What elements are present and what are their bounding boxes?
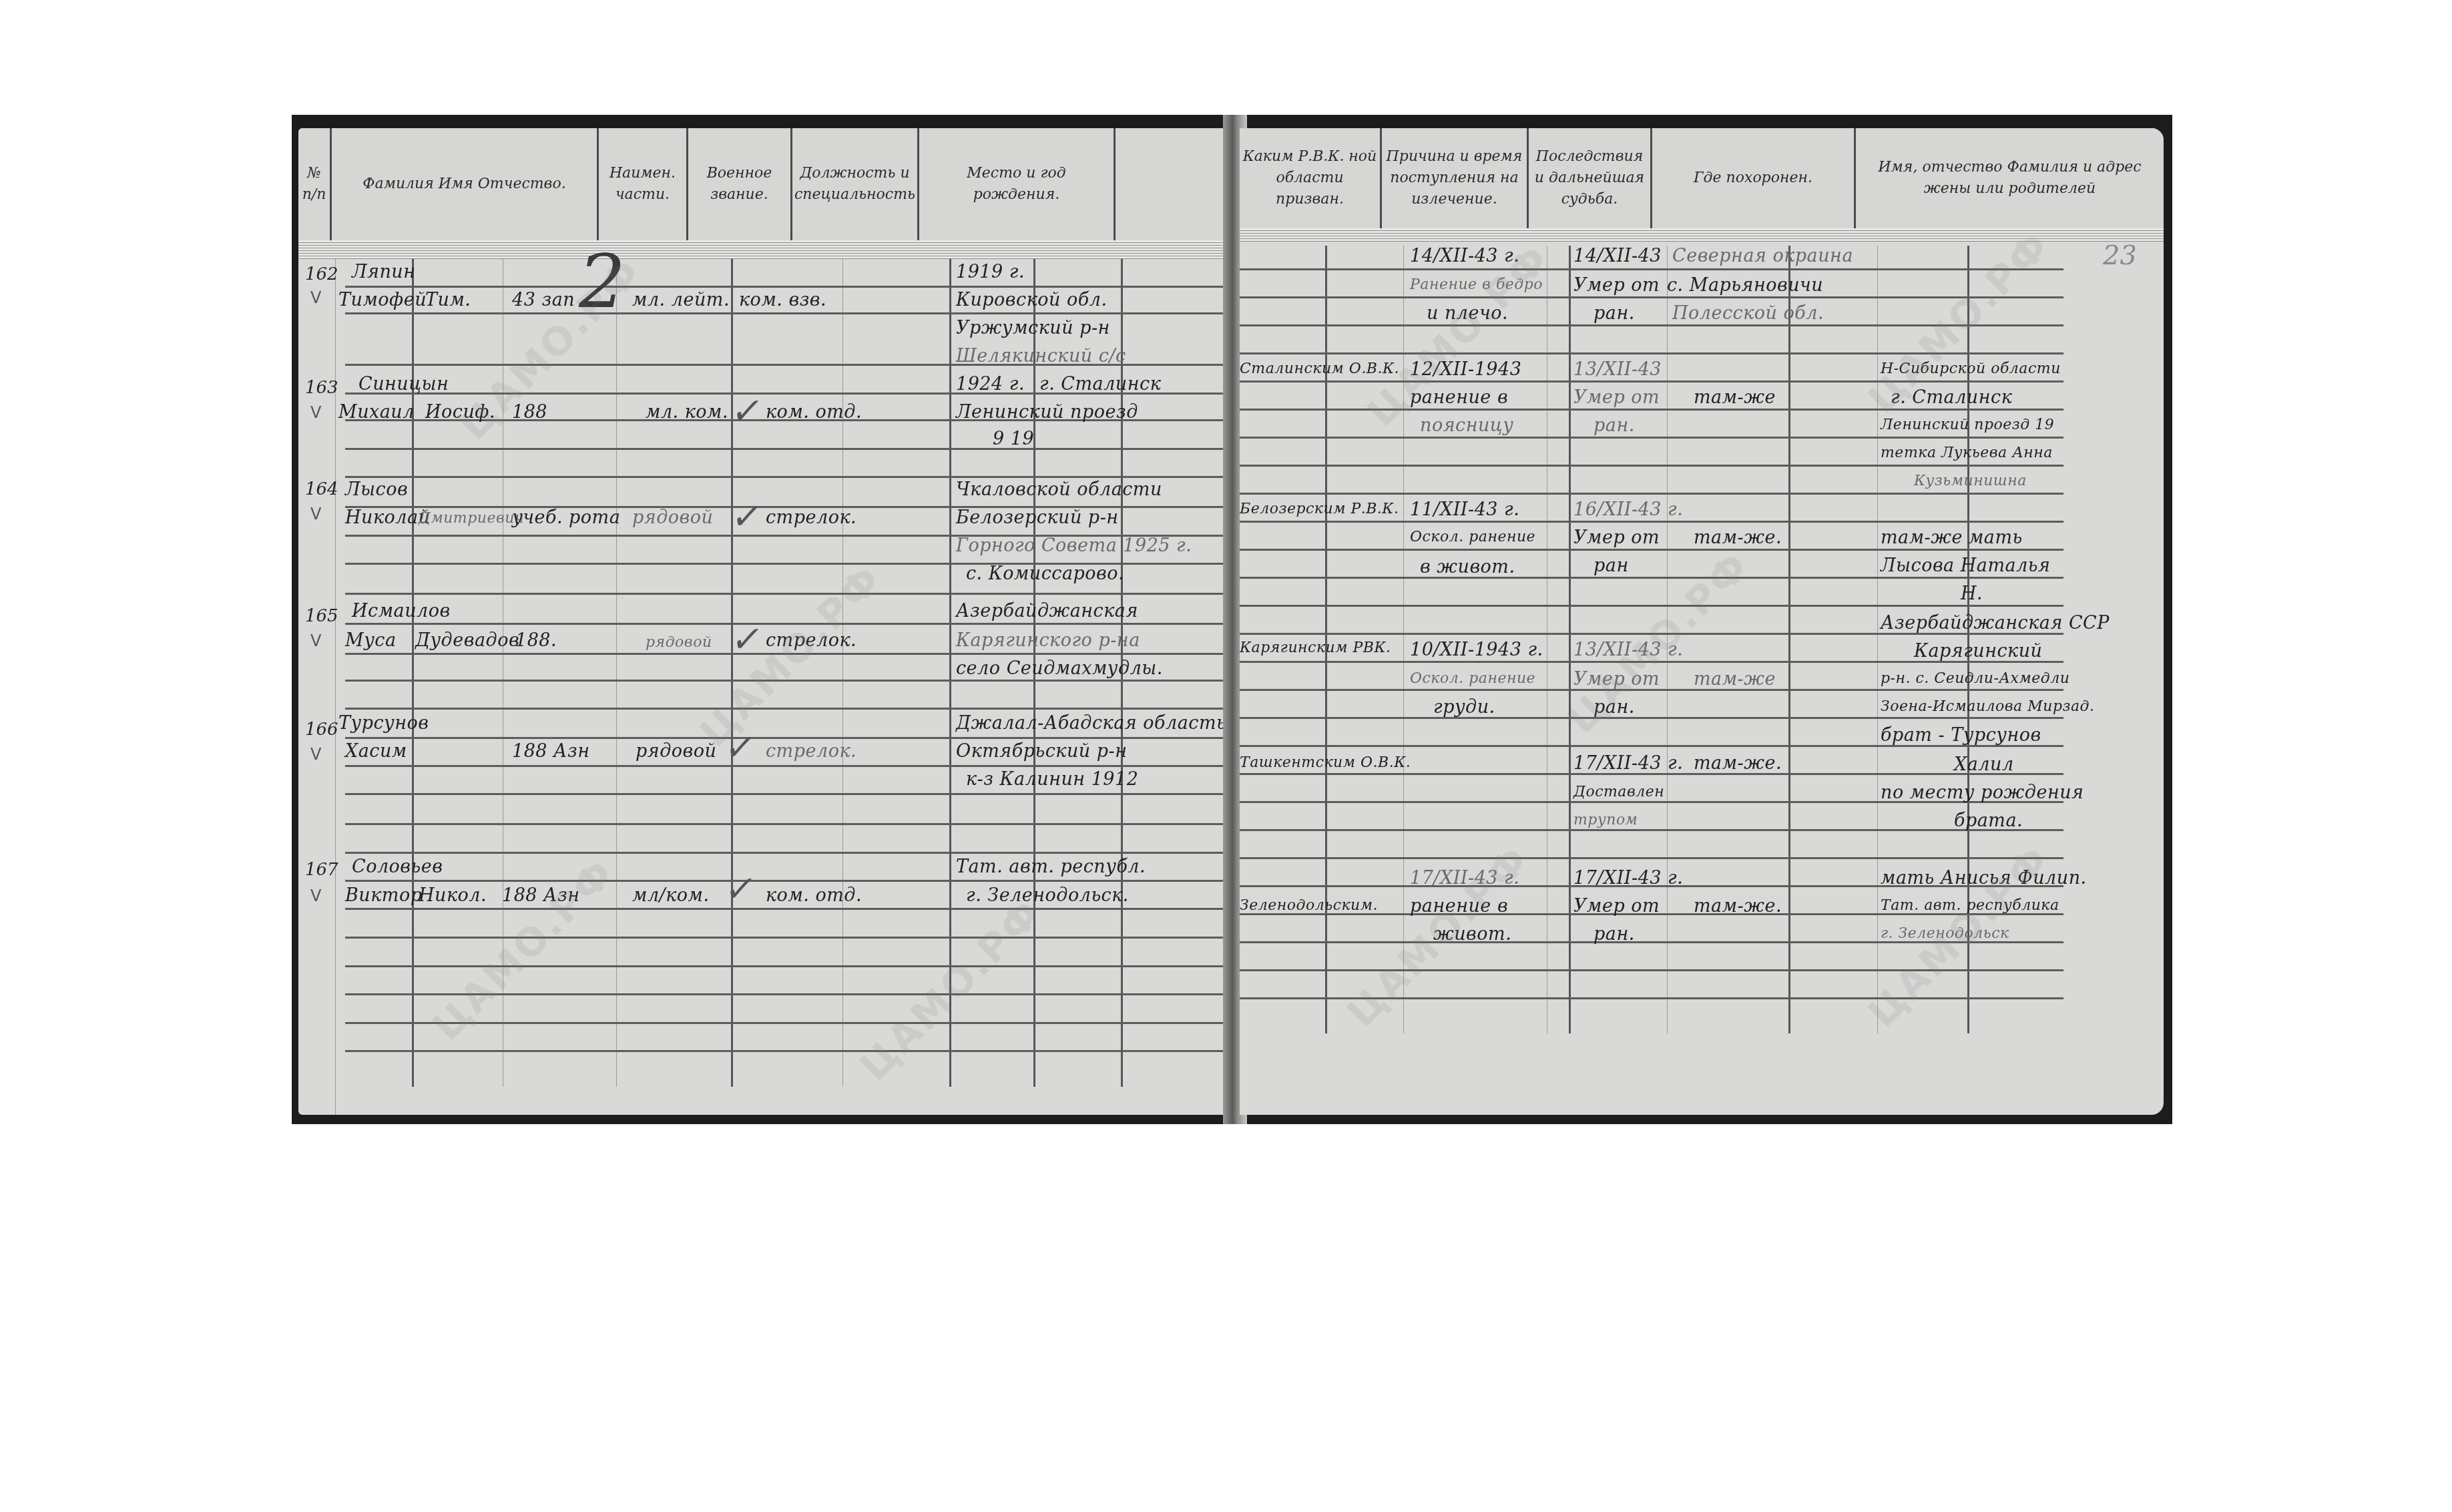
rule: [345, 448, 1230, 450]
outcome-line: Умер от: [1573, 527, 1660, 548]
relative-line: брата.: [1954, 810, 2023, 831]
checkmark-icon: V: [310, 505, 321, 523]
header-outcome: Последствия и дальнейшая судьба.: [1529, 128, 1652, 228]
rule: [345, 852, 1230, 854]
header-blank: [1116, 128, 1230, 240]
admission-line: в живот.: [1420, 557, 1515, 577]
checkmark-icon: ✓: [728, 390, 766, 432]
checkmark-icon: V: [310, 288, 321, 307]
patronymic: Иосиф.: [425, 402, 495, 423]
rule: [345, 286, 1230, 288]
surname: Лысов: [345, 479, 408, 500]
outcome-line: ран.: [1593, 415, 1635, 436]
rule: [345, 793, 1230, 795]
admission-line: 17/XII-43 г.: [1410, 868, 1519, 889]
patronymic: Тим.: [425, 290, 471, 310]
birth-line: г. Сталинск: [1039, 374, 1161, 395]
relative-line: Халил: [1954, 754, 2014, 775]
rule: [616, 259, 617, 1087]
scanned-ledger-spread: № п/п Фамилия Имя Отчество. Наимен. част…: [292, 115, 2172, 1124]
birth-line: Чкаловской области: [956, 479, 1162, 500]
burial-line: там-же.: [1694, 527, 1782, 548]
relative-line: г. Зеленодольск: [1881, 925, 2009, 942]
relative-line: Н.: [1961, 583, 1983, 604]
birth-line: Кировской обл.: [956, 290, 1108, 310]
rule: [1240, 969, 2063, 971]
relative-line: Азербайджанская ССР: [1881, 613, 2110, 634]
surname: Ляпин: [352, 262, 415, 282]
rule: [345, 908, 1230, 910]
rule: [949, 259, 951, 1087]
admission-line: 10/XII-1943 г.: [1410, 640, 1543, 660]
birth-line: Уржумский р-н: [956, 318, 1110, 338]
birth-line: Шелякинский с/с: [956, 346, 1126, 366]
admission-line: ранение в: [1410, 387, 1508, 408]
outcome-line: ран.: [1593, 303, 1635, 324]
birth-line: г. Зеленодольск.: [966, 885, 1129, 906]
rule: [345, 1022, 1230, 1024]
conscripted-by: Сталинским О.В.К.: [1240, 360, 1399, 377]
birth-line: село Сеидмахмудлы.: [956, 658, 1163, 679]
rule: [1240, 605, 2063, 607]
rule: [1240, 549, 2063, 551]
birth-line: Белозерский р-н: [956, 507, 1119, 528]
burial-line: Северная окраина: [1672, 246, 1853, 266]
rule: [1240, 437, 2063, 439]
right-page: Каким Р.В.К. ной области призван. Причин…: [1240, 128, 2164, 1115]
position: стрелок.: [766, 507, 856, 528]
burial-line: с. Марьяновичи: [1667, 275, 1823, 296]
header-relatives: Имя, отчество Фамилия и адрес жены или р…: [1856, 128, 2164, 228]
conscripted-by: Белозерским Р.В.К.: [1240, 501, 1399, 517]
first-name: Николай: [345, 507, 431, 528]
relative-line: Лысова Наталья: [1881, 555, 2050, 576]
admission-line: 12/XII-1943: [1410, 359, 1521, 380]
burial-line: там-же: [1694, 669, 1776, 690]
header-burial: Где похоронен.: [1652, 128, 1856, 228]
rule: [1240, 857, 2063, 859]
header-number: № п/п: [298, 128, 332, 240]
relative-line: по месту рождения: [1881, 782, 2083, 803]
rule: [1240, 296, 2063, 298]
outcome-line: трупом: [1573, 812, 1638, 828]
rule: [1240, 493, 2063, 495]
patronymic: Дудевадов: [415, 630, 519, 651]
rule: [1240, 324, 2063, 326]
rule: [345, 880, 1230, 882]
outcome-line: ран.: [1593, 924, 1635, 945]
outcome-line: 13/XII-43 г.: [1573, 640, 1683, 660]
burial-line: там-же.: [1694, 896, 1782, 917]
rule: [1240, 521, 2063, 523]
birth-line: Тат. авт. республ.: [956, 856, 1146, 877]
record-number: 165: [305, 606, 338, 626]
relative-line: Ленинский проезд 19: [1881, 417, 2054, 433]
rule: [731, 259, 733, 1087]
first-name: Михаил: [338, 402, 415, 423]
first-name: Виктор: [345, 885, 423, 906]
checkmark-icon: V: [310, 745, 321, 764]
unit: учеб. рота: [512, 507, 620, 528]
rule: [345, 1050, 1230, 1052]
relative-line: Зоена-Исмаилова Мирзад.: [1881, 698, 2095, 715]
checkmark-icon: ✓: [722, 726, 759, 768]
left-header-row: № п/п Фамилия Имя Отчество. Наимен. част…: [298, 128, 1230, 243]
rule: [345, 680, 1230, 682]
header-rank: Военное звание.: [688, 128, 792, 240]
rule: [842, 259, 843, 1087]
rule: [1569, 246, 1571, 1033]
outcome-line: Умер от: [1573, 275, 1660, 296]
rule: [1240, 465, 2063, 467]
position: ком. взв.: [739, 290, 826, 310]
outcome-line: 13/XII-43: [1573, 359, 1662, 380]
record-number: 167: [305, 860, 338, 880]
relative-line: Карягинский: [1914, 641, 2043, 662]
burial-line: там-же: [1694, 387, 1776, 408]
relative-line: г. Сталинск: [1891, 387, 2012, 408]
admission-line: груди.: [1433, 697, 1495, 718]
record-number: 162: [305, 264, 338, 284]
relative-line: мать Анисья Филип.: [1881, 868, 2087, 889]
first-name: Хасим: [345, 741, 407, 762]
rank: мл/ком.: [632, 885, 710, 906]
left-page: № п/п Фамилия Имя Отчество. Наимен. част…: [298, 128, 1230, 1115]
unit: 188 Азн: [502, 885, 580, 906]
header-position: Должность и специальность: [792, 128, 919, 240]
position: стрелок.: [766, 741, 856, 762]
relative-line: р-н. с. Сеидли-Ахмедли: [1881, 670, 2069, 687]
conscripted-by: Зеленодольским.: [1240, 897, 1378, 914]
birth-line: Азербайджанская: [956, 601, 1138, 621]
relative-line: Тат. авт. республика: [1881, 897, 2059, 914]
rank: рядовой: [636, 741, 716, 762]
right-header-row: Каким Р.В.К. ной области призван. Причин…: [1240, 128, 2164, 231]
checkmark-icon: V: [310, 887, 321, 905]
birth-line: Карягинского р-на: [956, 630, 1140, 651]
rank: мл. ком.: [646, 402, 728, 423]
position: стрелок.: [766, 630, 856, 651]
rule: [1240, 997, 2063, 999]
rule: [345, 937, 1230, 939]
rank: рядовой: [632, 507, 713, 528]
rule: [345, 708, 1230, 710]
outcome-line: Доставлен: [1573, 784, 1664, 800]
birth-line: к-з Калинин 1912: [966, 769, 1138, 790]
outcome-line: ран: [1593, 555, 1629, 576]
rule: [1877, 246, 1878, 1033]
patronymic: Никол.: [419, 885, 487, 906]
rule: [345, 737, 1230, 739]
rule: [1403, 246, 1404, 1033]
surname: Исмаилов: [352, 601, 451, 621]
relative-line: там-же мать: [1881, 527, 2023, 548]
outcome-line: Умер от: [1573, 896, 1660, 917]
admission-line: Оскол. ранение: [1410, 670, 1535, 687]
page-edges: [1240, 228, 2164, 242]
rank: мл. лейт.: [632, 290, 730, 310]
admission-line: Ранение в бедро: [1410, 276, 1543, 293]
burial-line: там-же.: [1694, 753, 1782, 774]
right-ledger-grid: 23 14/XII-43 г. Ранение в бедро и плечо.…: [1240, 246, 2164, 1115]
unit: 188: [512, 402, 547, 423]
watermark: ЦАМО.РФ: [691, 555, 891, 756]
relative-line: Кузьминишна: [1914, 473, 2027, 489]
patronymic: Дмитриевич: [419, 510, 524, 527]
outcome-line: 14/XII-43: [1573, 246, 1662, 266]
checkmark-icon: V: [310, 632, 321, 650]
left-ledger-grid: 162 V Ляпин Тимофей Тим. 43 зап 2 мл. ле…: [298, 259, 1230, 1115]
rule: [1547, 246, 1547, 1033]
admission-line: и плечо.: [1427, 303, 1508, 324]
rule: [345, 623, 1230, 625]
outcome-line: Умер от: [1573, 387, 1660, 408]
outcome-line: 17/XII-43 г.: [1573, 753, 1683, 774]
birth-line: Октябрьский р-н: [956, 741, 1128, 762]
rule: [1240, 268, 2063, 270]
rule: [1240, 409, 2063, 411]
header-admission: Причина и время поступления на излечение…: [1382, 128, 1529, 228]
page-number: 23: [2103, 240, 2137, 271]
birth-line: 9 19: [993, 429, 1034, 449]
rule: [345, 312, 1230, 314]
record-number: 164: [305, 479, 338, 499]
birth-line: Ленинский проезд: [956, 402, 1138, 423]
birth-line: Джалал-Абадская область: [956, 713, 1226, 734]
birth-line: Горного Совета 1925 г.: [956, 535, 1192, 556]
relative-line: тетка Лукьева Анна: [1881, 445, 2053, 461]
stamp-mark: 2: [579, 239, 626, 324]
position: ком. отд.: [766, 402, 862, 423]
rule: [1240, 829, 2063, 831]
unit: 188.: [515, 630, 557, 651]
record-number: 163: [305, 378, 338, 398]
rule: [1240, 717, 2063, 719]
first-name: Муса: [345, 630, 397, 651]
rule: [345, 593, 1230, 595]
surname: Турсунов: [338, 713, 429, 734]
rule: [1240, 577, 2063, 579]
rule: [1788, 246, 1790, 1033]
outcome-line: Умер от: [1573, 669, 1660, 690]
birth-line: 1919 г.: [956, 262, 1025, 282]
checkmark-icon: ✓: [728, 495, 766, 537]
unit: 43 зап: [512, 290, 575, 310]
unit: 188 Азн: [512, 741, 590, 762]
admission-line: живот.: [1433, 924, 1511, 945]
checkmark-icon: V: [310, 403, 321, 422]
header-unit: Наимен. части.: [599, 128, 688, 240]
conscripted-by: Карягинским РВК.: [1240, 640, 1391, 656]
header-full-name: Фамилия Имя Отчество.: [332, 128, 599, 240]
conscripted-by: Ташкентским О.В.К.: [1240, 754, 1411, 771]
rank: рядовой: [646, 634, 712, 651]
admission-line: ранение в: [1410, 896, 1508, 917]
rule: [345, 823, 1230, 825]
rule: [345, 476, 1230, 478]
rule: [345, 765, 1230, 767]
header-conscripted-by: Каким Р.В.К. ной области призван.: [1240, 128, 1382, 228]
outcome-line: ран.: [1593, 697, 1635, 718]
checkmark-icon: ✓: [722, 868, 759, 910]
position: ком. отд.: [766, 885, 862, 906]
admission-line: 11/XII-43 г.: [1410, 499, 1519, 520]
first-name: Тимофей: [338, 290, 427, 310]
outcome-line: 17/XII-43 г.: [1573, 868, 1683, 889]
page-edges: [298, 240, 1230, 259]
outcome-line: 16/XII-43 г.: [1573, 499, 1683, 520]
admission-line: Оскол. ранение: [1410, 529, 1535, 545]
rule: [345, 965, 1230, 967]
rule: [345, 993, 1230, 995]
admission-line: 14/XII-43 г.: [1410, 246, 1519, 266]
birth-line: 1924 г.: [956, 374, 1025, 395]
relative-line: брат - Турсунов: [1881, 725, 2041, 746]
burial-line: Полесской обл.: [1672, 303, 1824, 324]
rule: [1240, 381, 2063, 383]
admission-line: поясницу: [1420, 415, 1513, 436]
rule: [345, 653, 1230, 655]
birth-line: с. Комиссарово.: [966, 563, 1124, 584]
record-number: 166: [305, 720, 338, 740]
relative-line: Н-Сибирской области: [1881, 360, 2061, 377]
surname: Синицын: [358, 374, 449, 395]
rule: [503, 259, 503, 1087]
rule: [1240, 352, 2063, 354]
surname: Соловьев: [352, 856, 443, 877]
header-birth: Место и год рождения.: [919, 128, 1116, 240]
